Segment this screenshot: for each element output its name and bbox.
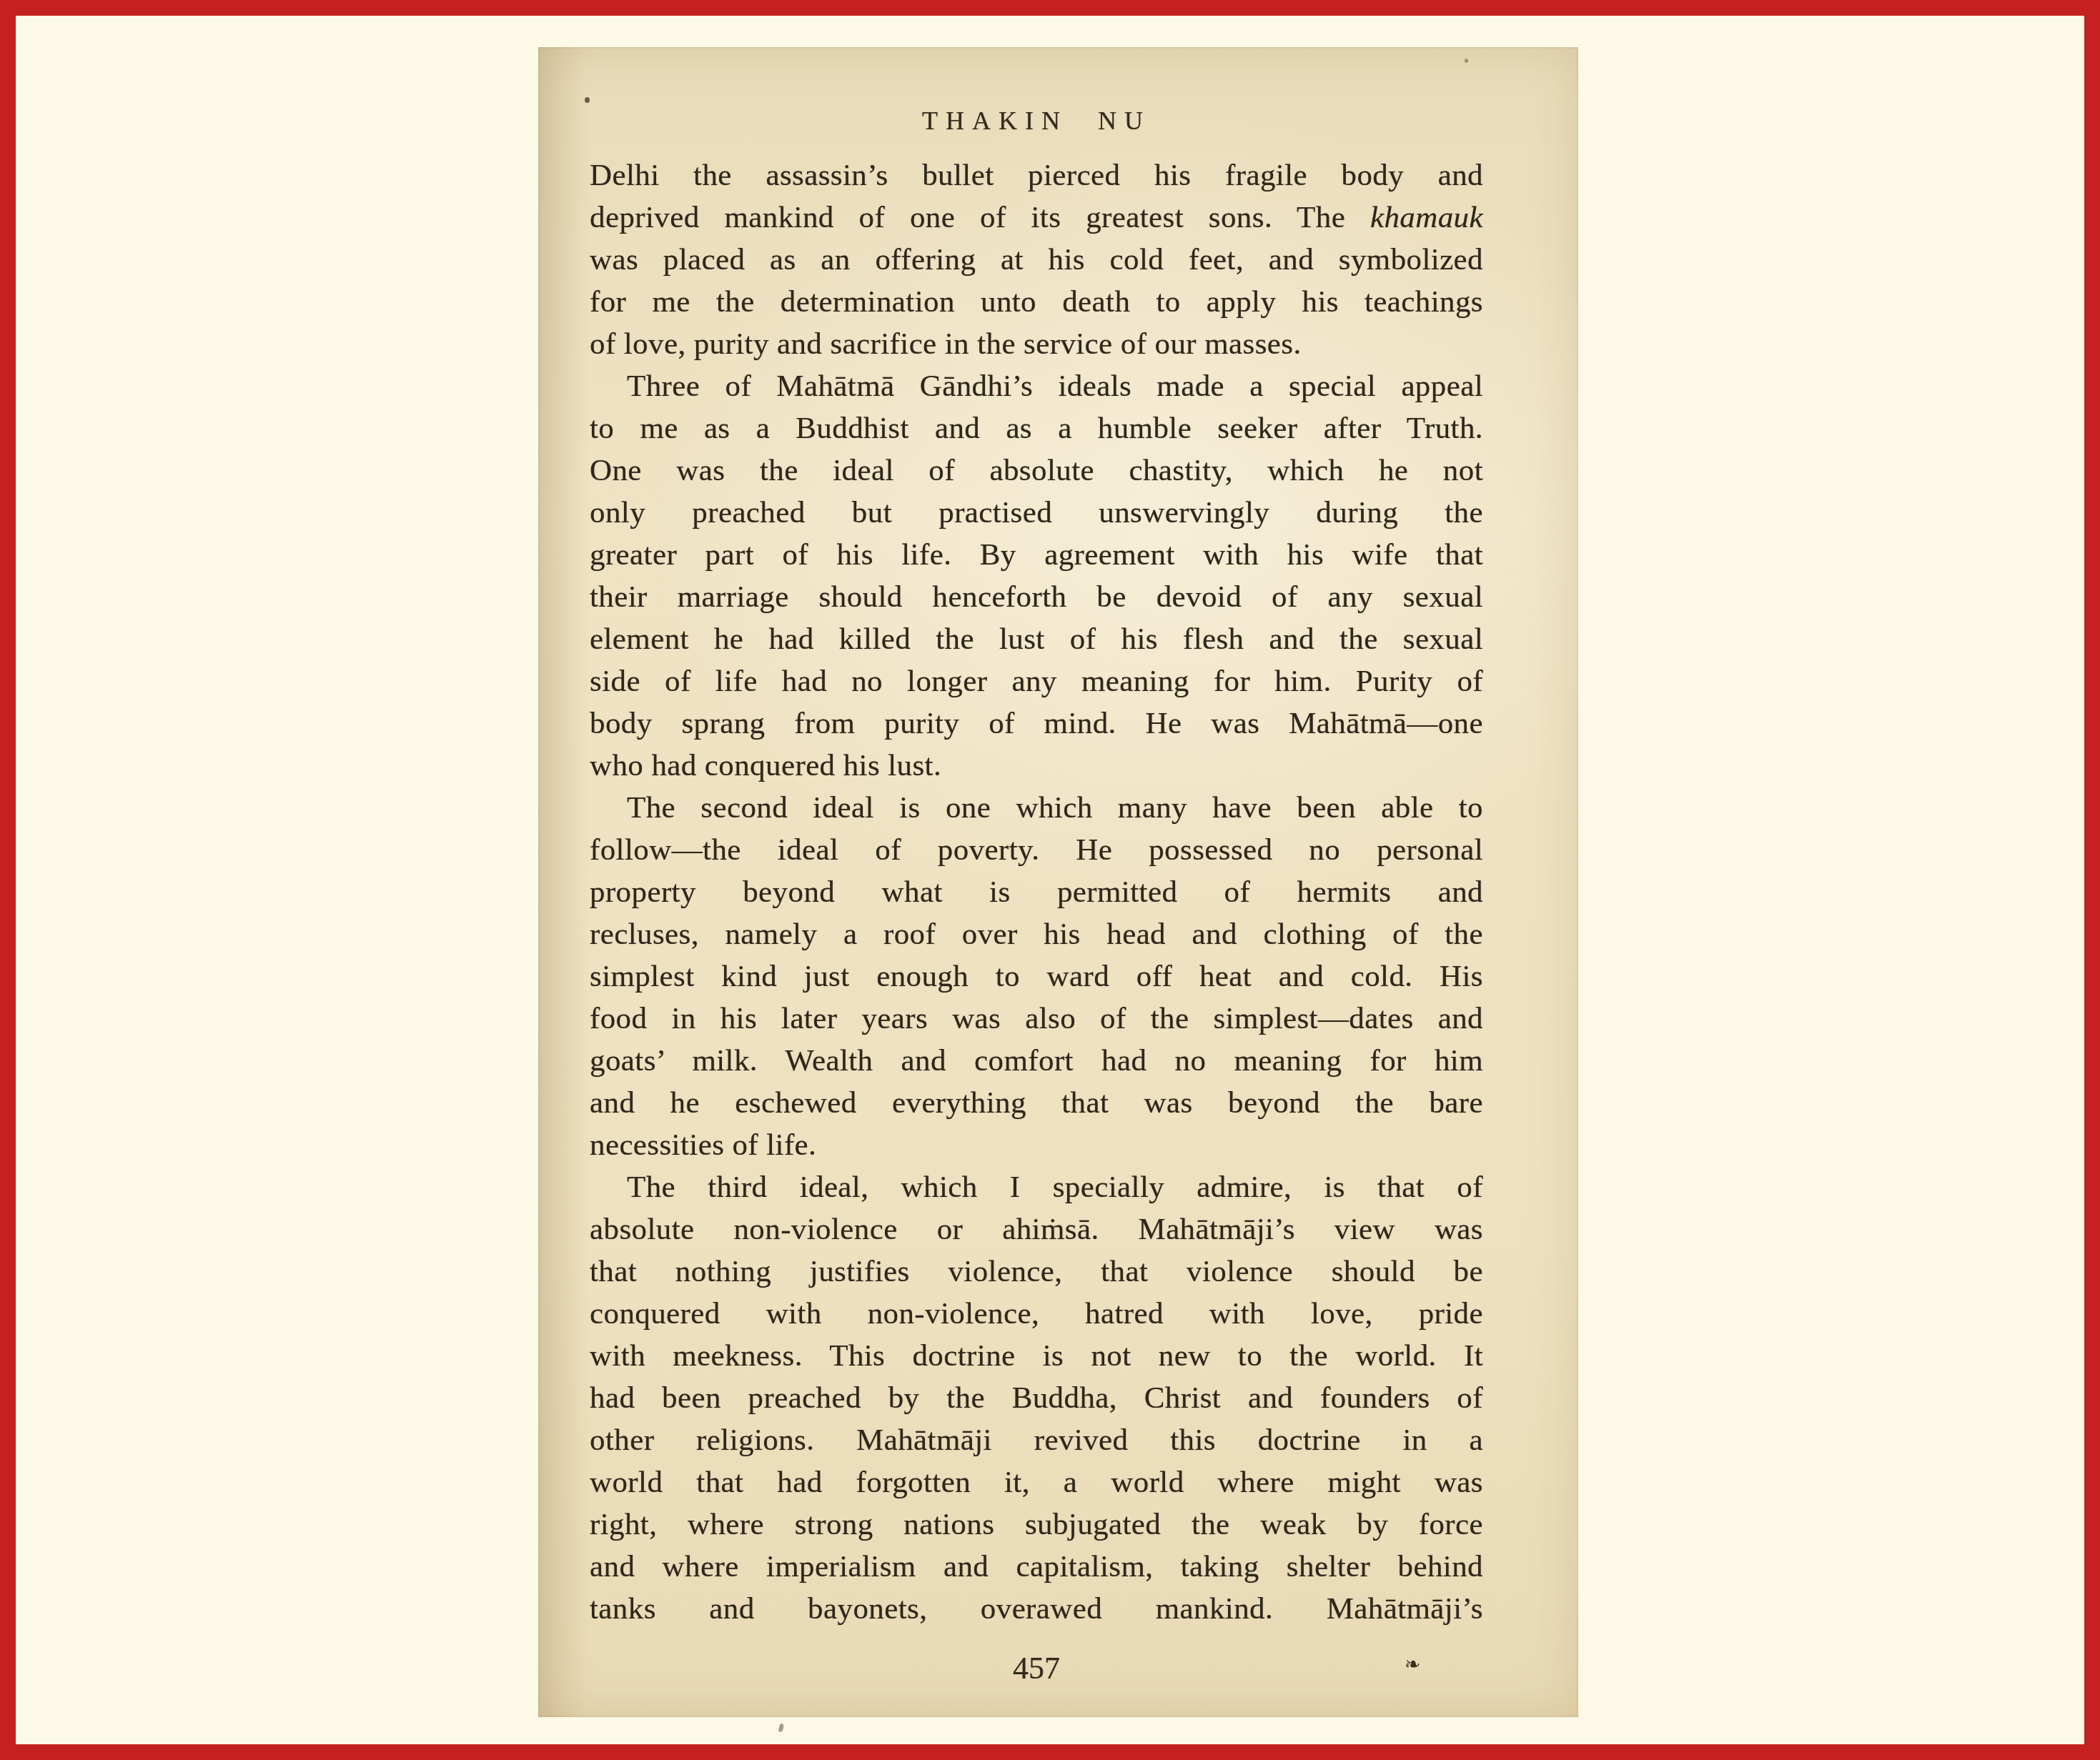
page-number: 457 [590, 1644, 1483, 1694]
text-line: other religions. Mahātmāji revived this … [590, 1419, 1483, 1461]
text-line: who had conquered his lust. [590, 745, 1483, 787]
text-line: Three of Mahātmā Gāndhi’s ideals made a … [590, 365, 1483, 407]
text-line: was placed as an offering at his cold fe… [590, 239, 1483, 281]
paragraph-3: The second ideal is one which many have … [590, 787, 1483, 1166]
text-line: tanks and bayonets, overawed mankind. Ma… [590, 1588, 1483, 1630]
text-line: The third ideal, which I specially admir… [590, 1166, 1483, 1208]
book-page-scan: THAKIN NU Delhi the assassin’s bullet pi… [538, 47, 1578, 1717]
text-line: element he had killed the lust of his fl… [590, 618, 1483, 660]
scanned-book-screenshot: { "colors": { "frame_red": "#c42120", "m… [0, 0, 2100, 1760]
text-line: with meekness. This doctrine is not new … [590, 1335, 1483, 1377]
text-segment: deprived mankind of one of its greatest … [590, 201, 1345, 234]
ink-speck [585, 97, 590, 103]
text-line: The second ideal is one which many have … [590, 787, 1483, 829]
paragraph-2: Three of Mahātmā Gāndhi’s ideals made a … [590, 365, 1483, 787]
text-line: Delhi the assassin’s bullet pierced his … [590, 154, 1483, 197]
body-text-block: Delhi the assassin’s bullet pierced his … [590, 154, 1483, 1630]
paragraph-4: The third ideal, which I specially admir… [590, 1166, 1483, 1630]
text-line: right, where strong nations subjugated t… [590, 1503, 1483, 1546]
printers-mark-icon: ❧ [1405, 1654, 1421, 1676]
text-line: to me as a Buddhist and as a humble seek… [590, 407, 1483, 449]
text-line: greater part of his life. By agreement w… [590, 534, 1483, 576]
text-line: and where imperialism and capitalism, ta… [590, 1546, 1483, 1588]
text-line: recluses, namely a roof over his head an… [590, 913, 1483, 955]
text-line: conquered with non-violence, hatred with… [590, 1293, 1483, 1335]
ink-speck [778, 1723, 785, 1732]
ink-speck [1465, 59, 1468, 63]
text-line: body sprang from purity of mind. He was … [590, 702, 1483, 745]
text-line: and he eschewed everything that was beyo… [590, 1082, 1483, 1124]
text-line: of love, purity and sacrifice in the ser… [590, 323, 1483, 365]
text-line: deprived mankind of one of its greatest … [590, 197, 1483, 239]
italic-term-khamauk: khamauk [1370, 201, 1483, 234]
text-line: One was the ideal of absolute chastity, … [590, 449, 1483, 492]
text-line: follow—the ideal of poverty. He possesse… [590, 829, 1483, 871]
text-line: only preached but practised unswervingly… [590, 492, 1483, 534]
text-line: absolute non-violence or ahiṁsā. Mahātmā… [590, 1208, 1483, 1251]
paragraph-1: Delhi the assassin’s bullet pierced his … [590, 154, 1483, 365]
page-footer: 457 ❧ [590, 1644, 1483, 1694]
text-line: food in his later years was also of the … [590, 998, 1483, 1040]
text-line: goats’ milk. Wealth and comfort had no m… [590, 1040, 1483, 1082]
running-header-title: THAKIN NU [590, 106, 1483, 136]
text-line: world that had forgotten it, a world whe… [590, 1461, 1483, 1503]
text-line: side of life had no longer any meaning f… [590, 660, 1483, 702]
text-line: that nothing justifies violence, that vi… [590, 1251, 1483, 1293]
text-line: necessities of life. [590, 1124, 1483, 1166]
text-line: for me the determination unto death to a… [590, 281, 1483, 323]
text-line: simplest kind just enough to ward off he… [590, 955, 1483, 998]
text-line: had been preached by the Buddha, Christ … [590, 1377, 1483, 1419]
text-line: property beyond what is permitted of her… [590, 871, 1483, 913]
text-line: their marriage should henceforth be devo… [590, 576, 1483, 618]
